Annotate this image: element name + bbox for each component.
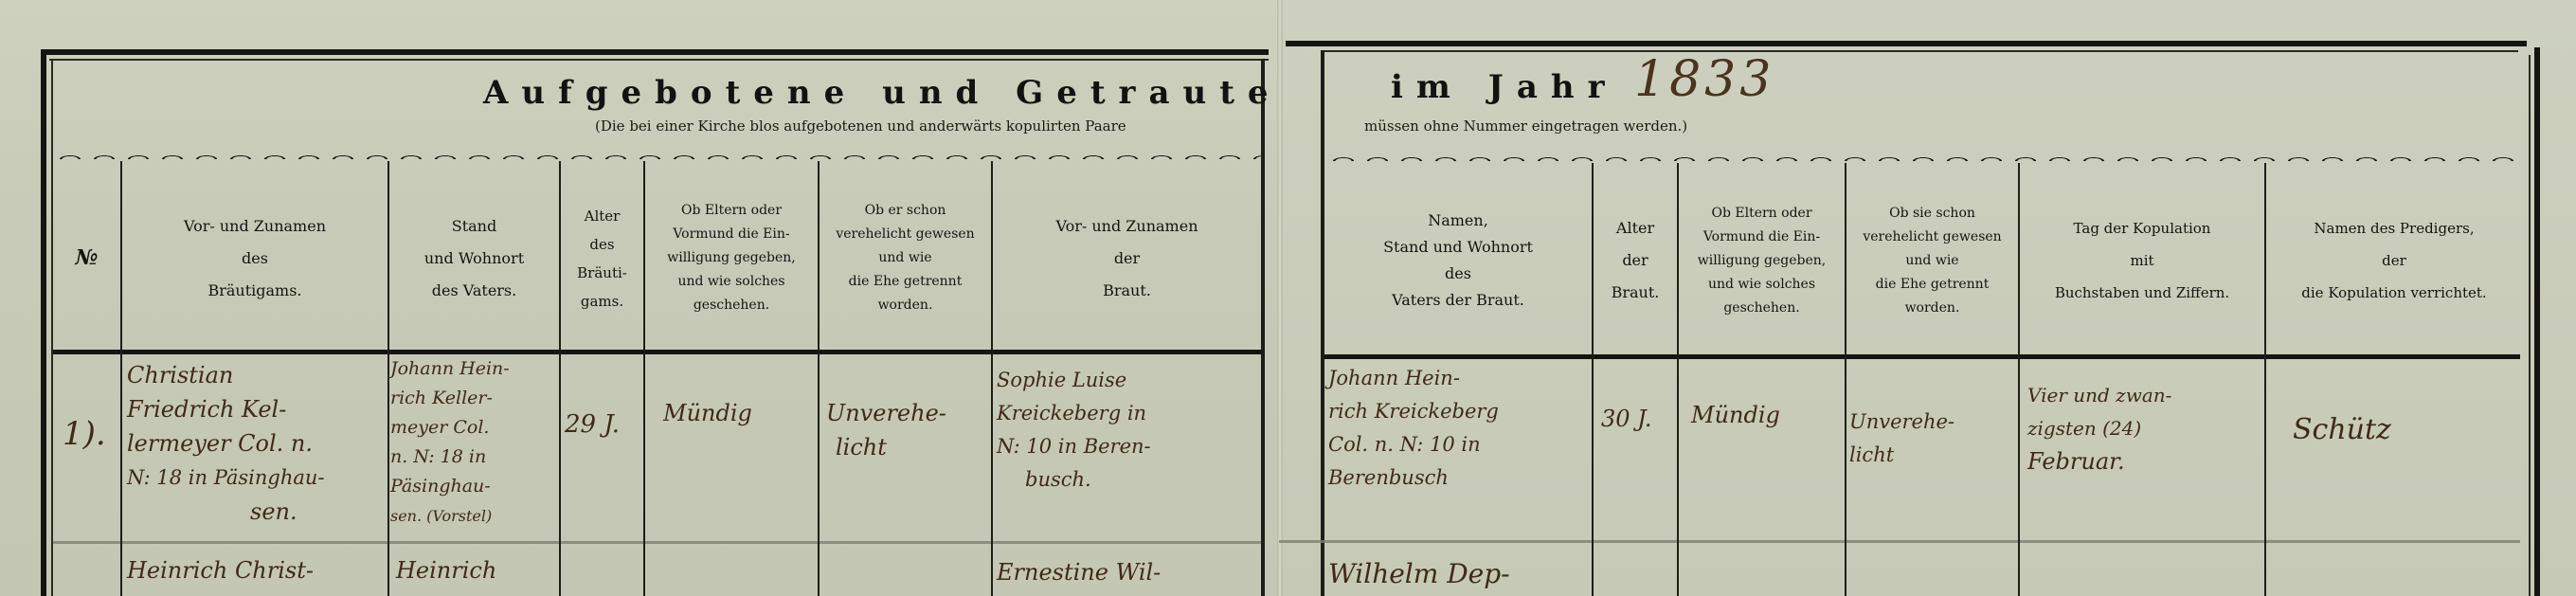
wavy-rule-left [53, 150, 1261, 159]
entry-2-groom-father: Heinrich [396, 553, 496, 587]
entry-1-bride-father: Johann Hein- rich Kreickeberg Col. n. N:… [1328, 362, 1499, 495]
title-left: Aufgebotene und Getraute [483, 74, 1282, 112]
entry-1-groom-name: Christian Friedrich Kel- lermeyer Col. n… [127, 358, 325, 529]
entry-2-bride-name: Ernestine Wil- [997, 555, 1161, 589]
right-frame-right-inner [2529, 55, 2531, 596]
entry-1-preacher: Schütz [2293, 413, 2391, 447]
entry-1-date: Vier und zwan- zigsten (24) Februar. [2027, 379, 2171, 479]
subtitle-right: müssen ohne Nummer eingetragen werden.) [1364, 117, 1687, 135]
entry-1-bride-name: Sophie Luise Kreickeberg in N: 10 in Ber… [997, 364, 1151, 497]
header-groom-name: Vor- und Zunamen des Bräutigams. [122, 171, 387, 346]
row-separator-right [1279, 540, 2520, 543]
header-number: № [53, 171, 120, 346]
header-groom-married: Ob er schon verehelicht gewesen und wie … [820, 171, 991, 346]
right-frame-top [1286, 41, 2527, 46]
year-handwritten: 1833 [1634, 51, 1774, 108]
left-frame-top [41, 49, 1269, 55]
entry-1-number: 1). [63, 417, 106, 451]
header-bride-name: Vor- und Zunamen der Braut. [993, 171, 1261, 346]
entry-2-bride-father: Wilhelm Dep- [1328, 557, 1510, 591]
header-groom-age: Alter des Bräuti- gams. [561, 171, 643, 346]
header-groom-father: Stand und Wohnort des Vaters. [389, 171, 559, 346]
subtitle-left: (Die bei einer Kirche blos aufgebotenen … [595, 117, 1126, 135]
entry-1-groom-married: Unverehe- licht [826, 396, 946, 464]
header-bride-age: Alter der Braut. [1594, 171, 1677, 351]
header-bride-consent: Ob Eltern oder Vormund die Ein- willigun… [1679, 171, 1845, 351]
wavy-rule-right [1326, 152, 2525, 161]
row-separator-left [53, 541, 1261, 544]
left-frame-left [41, 49, 46, 596]
entry-1-bride-married: Unverehe- licht [1849, 406, 1955, 472]
header-preacher: Namen des Predigers, der die Kopulation … [2266, 171, 2522, 351]
header-date: Tag der Kopulation mit Buchstaben und Zi… [2020, 171, 2264, 351]
left-frame-top-inner [49, 59, 1269, 61]
entry-1-bride-age: 30 J. [1601, 402, 1652, 436]
left-frame-right [1261, 59, 1265, 596]
header-rule-left [53, 350, 1261, 354]
entry-1-groom-age: 29 J. [565, 407, 620, 442]
header-bride-married: Ob sie schon verehelicht gewesen und wie… [1846, 171, 2018, 351]
header-rule-right [1324, 354, 2520, 359]
right-frame-top-inner [1323, 50, 2518, 52]
entry-1-groom-consent: Mündig [663, 396, 752, 430]
right-frame-right [2534, 47, 2540, 596]
entry-1-bride-consent: Mündig [1691, 398, 1780, 432]
header-groom-consent: Ob Eltern oder Vormund die Ein- willigun… [645, 171, 818, 346]
entry-1-groom-father: Johann Hein- rich Keller- meyer Col. n. … [390, 354, 510, 531]
entry-2-groom-name: Heinrich Christ- [127, 553, 314, 587]
title-right: im Jahr [1391, 68, 1617, 106]
header-bride-father: Namen, Stand und Wohnort des Vaters der … [1324, 171, 1592, 351]
